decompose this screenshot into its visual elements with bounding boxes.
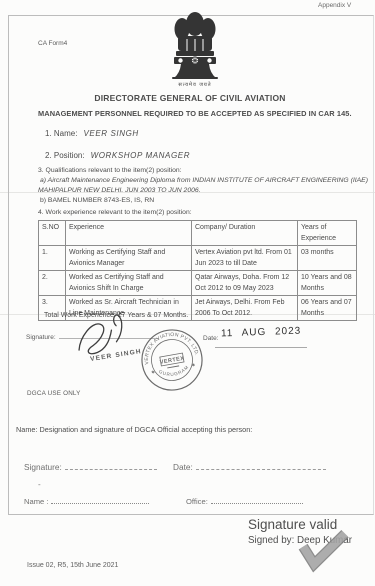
- cell-years: 10 Years and 08 Months: [298, 271, 357, 296]
- scanned-dgca-form: Appendix V CA Form4: [0, 0, 375, 586]
- name-field: 1. Name:VEER SINGH: [45, 129, 139, 138]
- official-name-line: [51, 495, 149, 504]
- position-value: WORKSHOP MANAGER: [91, 151, 191, 160]
- emblem-motto: सत्यमेव जयते: [165, 83, 225, 89]
- cell-company: Qatar Airways, Doha. From 12 Oct 2012 to…: [192, 271, 298, 296]
- qualification-a-cont: MAHIPALPUR NEW DELHI. JUN 2003 TO JUN 20…: [38, 187, 201, 195]
- emblem-of-india-icon: [165, 11, 225, 86]
- experience-label: 4. Work experience relevant to the item(…: [38, 209, 192, 217]
- header-sno: S.NO: [39, 221, 66, 246]
- qualifications-label: 3. Qualifications relevant to the item(2…: [38, 167, 182, 175]
- appendix-label: Appendix V: [318, 2, 351, 9]
- date-label: Date:: [203, 335, 219, 342]
- official-signature-field: Signature:: [24, 461, 157, 473]
- experience-table: S.NO Experience Company/ Duration Years …: [38, 220, 357, 321]
- table-row: 2. Worked as Certifying Staff and Avioni…: [39, 271, 357, 296]
- official-office-field: Office:: [186, 495, 303, 507]
- document-subtitle: MANAGEMENT PERSONNEL REQUIRED TO BE ACCE…: [38, 110, 352, 119]
- cell-experience: Working as Certifying Staff and Avionics…: [66, 246, 192, 271]
- official-signature-line: [65, 461, 157, 470]
- cell-company: Vertex Aviation pvt ltd. From 01 Jun 202…: [192, 246, 298, 271]
- official-name-field: Name :: [24, 495, 149, 507]
- checkmark-icon: [293, 524, 351, 579]
- official-name-label: Name :: [24, 497, 48, 506]
- official-office-line: [211, 495, 303, 504]
- cell-company: Jet Airways, Delhi. From Feb 2006 To Oct…: [192, 296, 298, 321]
- signature-label: Signature:: [26, 334, 56, 341]
- position-label: 2. Position:: [45, 151, 85, 160]
- table-row: 1. Working as Certifying Staff and Avion…: [39, 246, 357, 271]
- document-title: DIRECTORATE GENERAL OF CIVIL AVIATION: [8, 94, 372, 104]
- header-experience: Experience: [66, 221, 192, 246]
- official-date-line: [196, 461, 326, 470]
- official-office-label: Office:: [186, 497, 208, 506]
- table-header-row: S.NO Experience Company/ Duration Years …: [39, 221, 357, 246]
- position-field: 2. Position:WORKSHOP MANAGER: [45, 151, 190, 160]
- qualification-a: a) Aircraft Maintenance Engineering Dipl…: [40, 177, 368, 185]
- form-code: CA Form4: [38, 40, 67, 47]
- stamp-star-icon: ✱: [191, 362, 196, 368]
- cell-years: 06 Years and 07 Months: [298, 296, 357, 321]
- company-stamp-icon: VERTEX AVIATION PVT. LTD. GURUGRAM VERTE…: [140, 328, 204, 397]
- cell-experience: Worked as Certifying Staff and Avionics …: [66, 271, 192, 296]
- cell-sno: 1.: [39, 246, 66, 271]
- name-label: 1. Name:: [45, 129, 77, 138]
- official-signature-label: Signature:: [24, 462, 62, 472]
- header-company: Company/ Duration: [192, 221, 298, 246]
- official-date-label: Date:: [173, 462, 193, 472]
- date-field: Date:: [203, 335, 219, 342]
- stray-pen-mark: -: [38, 480, 41, 489]
- name-value: VEER SINGH: [83, 129, 138, 138]
- issue-line: Issue 02, R5, 15th June 2021: [27, 562, 118, 570]
- date-line: [215, 347, 307, 348]
- official-date-field: Date:: [173, 461, 326, 473]
- cell-sno: 2.: [39, 271, 66, 296]
- qualification-b: b) BAMEL NUMBER 8743-ES, IS, RN: [40, 197, 154, 205]
- header-years: Years of Experience: [298, 221, 357, 246]
- dgca-use-only-label: DGCA USE ONLY: [27, 390, 81, 397]
- accepting-line: Name: Designation and signature of DGCA …: [16, 426, 252, 434]
- cell-years: 03 months: [298, 246, 357, 271]
